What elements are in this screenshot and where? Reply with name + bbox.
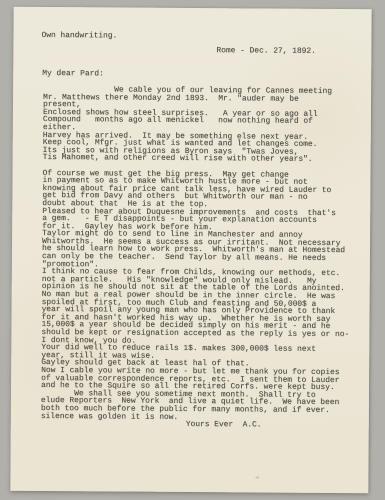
signature-line: Yours Ever A.C. <box>186 421 262 429</box>
salutation: My dear Pard: <box>42 70 104 78</box>
dateline: Rome - Dec. 27, 1892. <box>216 47 316 55</box>
paper-stain <box>255 476 259 478</box>
letter-body: We cable you of our leaving for Cannes m… <box>41 86 351 422</box>
letter-page: Own handwriting. Rome - Dec. 27, 1892. M… <box>10 7 371 493</box>
handwriting-annotation: Own handwriting. <box>41 32 117 40</box>
scan-background: Own handwriting. Rome - Dec. 27, 1892. M… <box>0 0 385 500</box>
